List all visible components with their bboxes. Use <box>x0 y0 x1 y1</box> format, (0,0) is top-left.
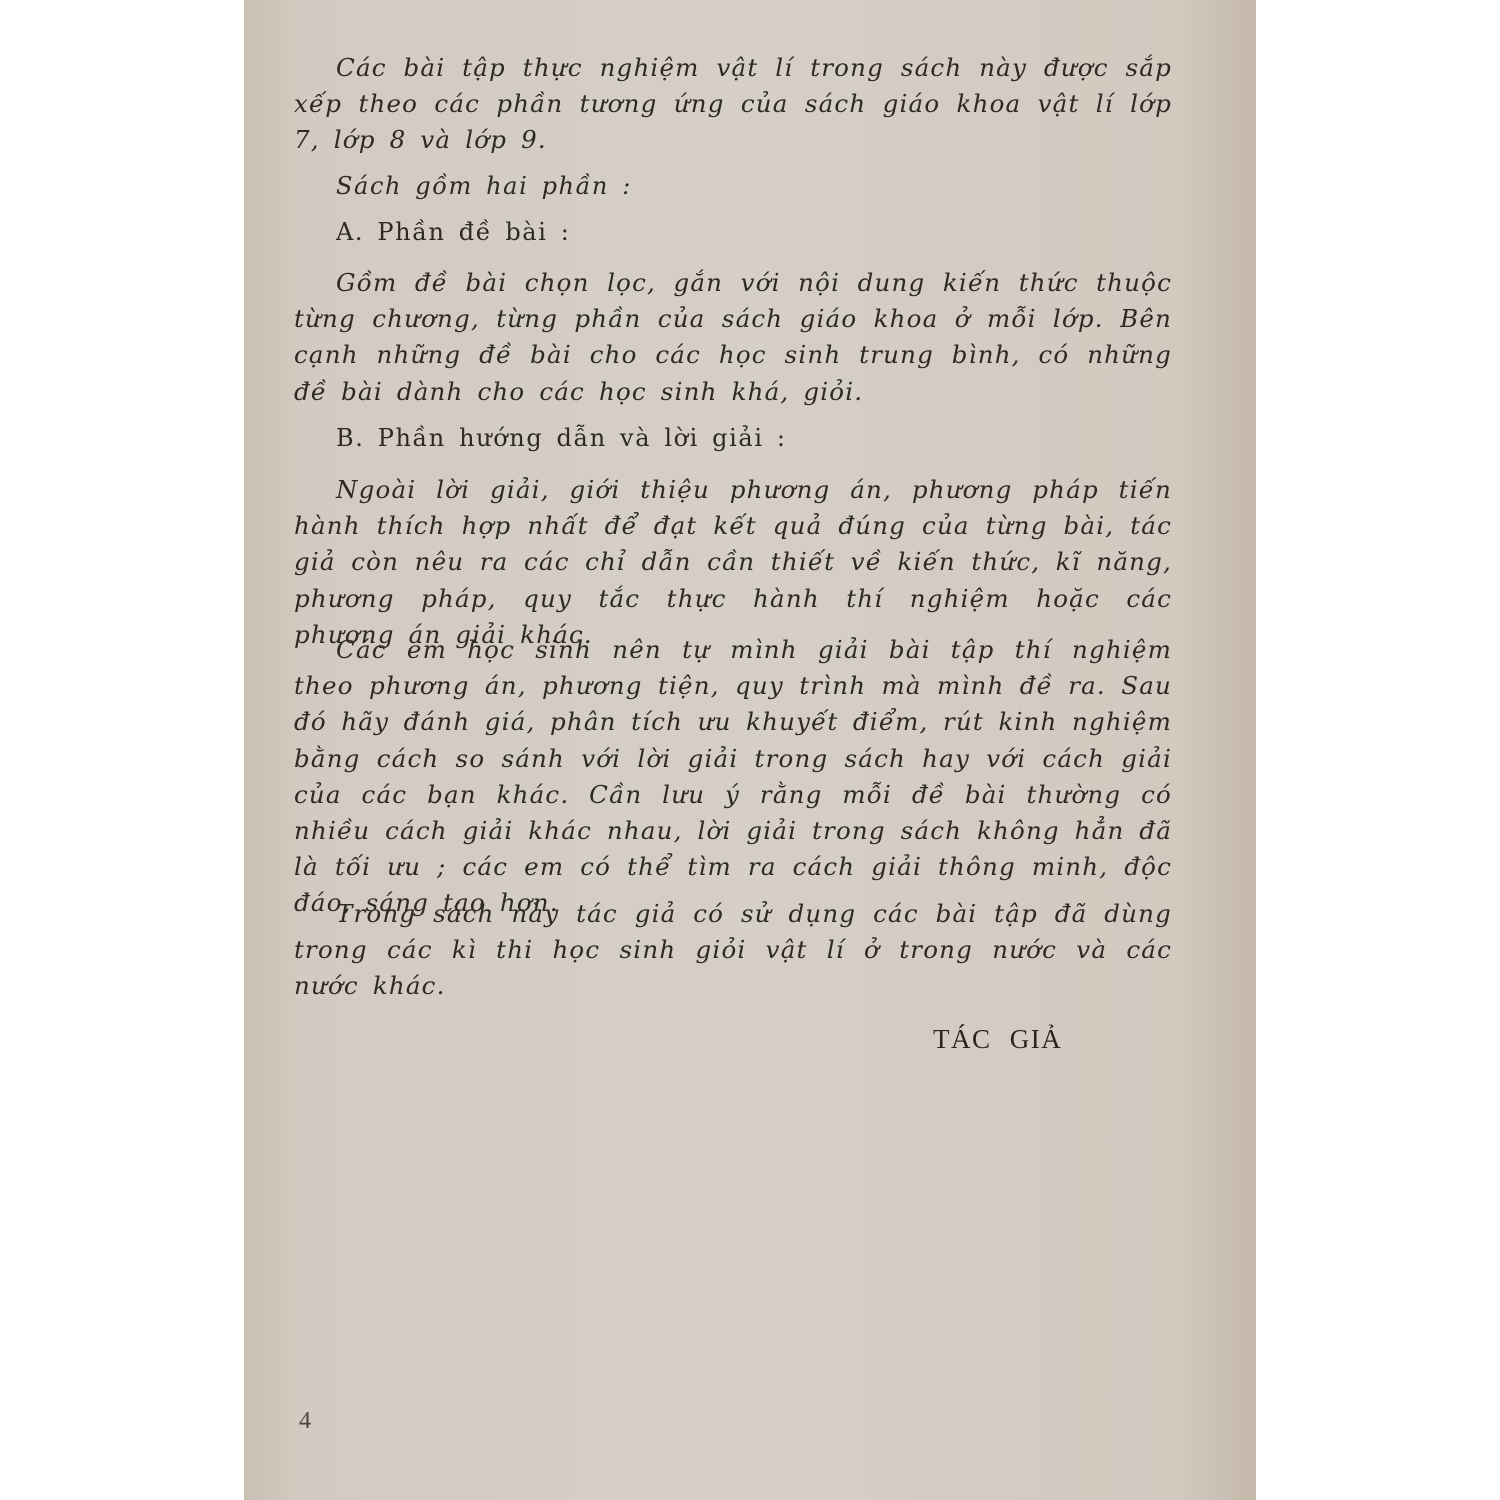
closing-paragraph: Trong sách này tác giả có sử dụng các bà… <box>294 896 1172 1005</box>
author-signature: TÁC GIẢ <box>933 1024 1062 1055</box>
intro-paragraph: Các bài tập thực nghiệm vật lí trong sác… <box>294 50 1172 159</box>
section-a-body: Gồm đề bài chọn lọc, gắn với nội dung ki… <box>294 265 1172 410</box>
section-b-heading: B. Phần hướng dẫn và lời giải : <box>336 424 787 452</box>
structure-intro: Sách gồm hai phần : <box>336 172 632 200</box>
page-number: 4 <box>299 1408 311 1435</box>
advice-paragraph: Các em học sinh nên tự mình giải bài tập… <box>294 632 1172 922</box>
book-page: Các bài tập thực nghiệm vật lí trong sác… <box>244 0 1256 1500</box>
section-b-body: Ngoài lời giải, giới thiệu phương án, ph… <box>294 472 1172 653</box>
section-a-heading: A. Phần đề bài : <box>336 218 570 246</box>
